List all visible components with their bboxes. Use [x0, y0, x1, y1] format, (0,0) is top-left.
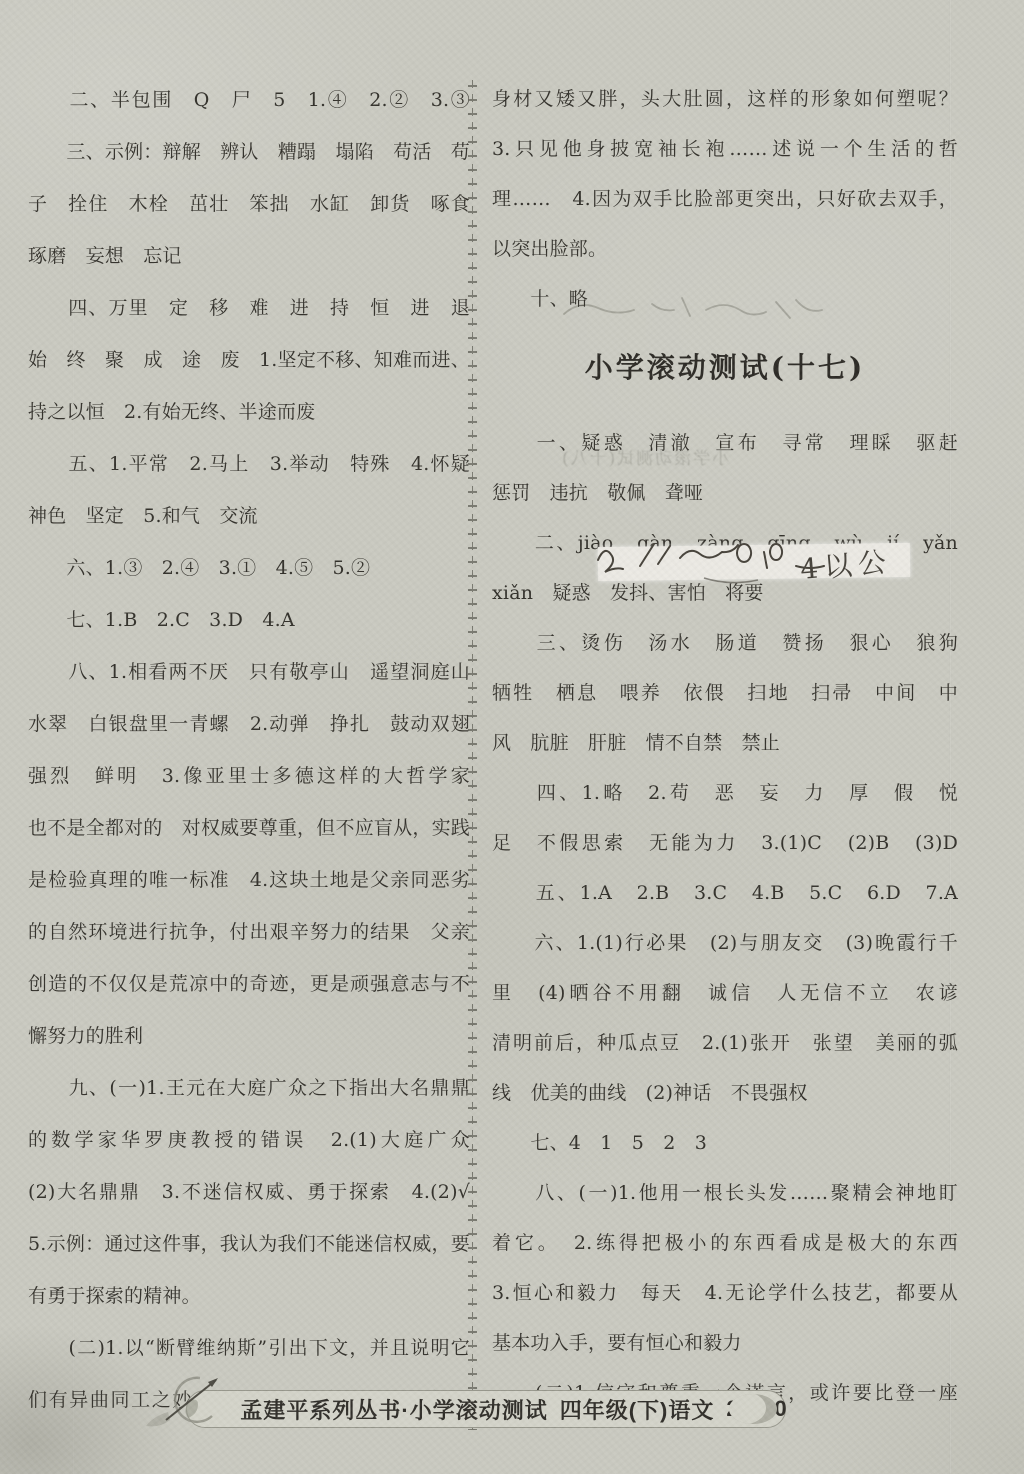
- footer-grade-label: 四年级(下)语文: [560, 1394, 715, 1425]
- text-line: 5.示例：通过这件事，我认为我们不能迷信权威，要: [28, 1218, 470, 1270]
- text-line: 二、半包围 Q 尸 5 1.④ 2.② 3.③: [28, 74, 470, 126]
- text-line: 八、1.相看两不厌 只有敬亭山 遥望洞庭山: [28, 646, 470, 698]
- text-line: 牺牲 栖息 喂养 依偎 扫地 扫帚 中间 中: [492, 668, 958, 718]
- footer-swoosh-inner: [729, 1394, 766, 1424]
- text-line: 神色 坚定 5.和气 交流: [28, 490, 470, 542]
- text-line: 懈努力的胜利: [28, 1010, 470, 1062]
- text-line: 有勇于探索的精神。: [28, 1270, 470, 1322]
- text-line: 七、4 1 5 2 3: [492, 1118, 958, 1168]
- text-line: 三、烫伤 汤水 肠道 赞扬 狠心 狼狗: [492, 618, 958, 668]
- text-line: 风 肮脏 肝脏 情不自禁 禁止: [492, 718, 958, 768]
- text-line: 身材又矮又胖，头大肚圆，这样的形象如何塑呢？: [492, 74, 958, 124]
- text-line: 十、略: [492, 274, 958, 324]
- text-line: 以突出脸部。: [492, 224, 958, 274]
- footer-swoosh: [729, 1394, 777, 1424]
- footer-series-title: 孟建平系列丛书·小学滚动测试: [240, 1394, 547, 1425]
- text-line: 六、1.③ 2.④ 3.① 4.⑤ 5.②: [28, 542, 470, 594]
- text-line: 六、1.(1)行必果 (2)与朋友交 (3)晚霞行千: [492, 918, 958, 968]
- text-line: 持之以恒 2.有始无终、半途而废: [28, 386, 470, 438]
- text-line: 九、(一)1.王元在大庭广众之下指出大名鼎鼎: [28, 1062, 470, 1114]
- text-line: 三、示例：辩解 辨认 糟蹋 塌陷 苟活 苟: [28, 126, 470, 178]
- text-line: 五、1.平常 2.马上 3.举动 特殊 4.怀疑: [28, 438, 470, 490]
- handwriting-text: 4以公: [798, 540, 893, 588]
- text-line: 的数学家华罗庚教授的错误 2.(1)大庭广众: [28, 1114, 470, 1166]
- text-line: 创造的不仅仅是荒凉中的奇迹，更是顽强意志与不: [28, 958, 470, 1010]
- leaf-logo-icon: [138, 1370, 238, 1430]
- text-line: 四、万里 定 移 难 进 持 恒 进 退: [28, 282, 470, 334]
- text-line: (二)1.以“断臂维纳斯”引出下文，并且说明它: [28, 1322, 470, 1374]
- text-line: 水翠 白银盘里一青螺 2.动弹 挣扎 鼓动双翅: [28, 698, 470, 750]
- text-line: 里 (4)晒谷不用翻 诚信 人无信不立 农谚: [492, 968, 958, 1018]
- text-line: 的自然环境进行抗争，付出艰辛努力的结果 父亲: [28, 906, 470, 958]
- text-line: 强烈 鲜明 3.像亚里士多德这样的大哲学家: [28, 750, 470, 802]
- right-column-top-lines: 身材又矮又胖，头大肚圆，这样的形象如何塑呢？3.只见他身披宽袖长袍……述说一个生…: [492, 74, 958, 324]
- text-line: 始 终 聚 成 途 废 1.坚定不移、知难而进、: [28, 334, 470, 386]
- text-line: 线 优美的曲线 (2)神话 不畏强权: [492, 1068, 958, 1118]
- text-line: (2)大名鼎鼎 3.不迷信权威、勇于探索 4.(2)√: [28, 1166, 470, 1218]
- text-line: 着它。 2.练得把极小的东西看成是极大的东西: [492, 1218, 958, 1268]
- text-line: 七、1.B 2.C 3.D 4.A: [28, 594, 470, 646]
- text-line: 理…… 4.因为双手比脸部更突出，只好砍去双手，: [492, 174, 958, 224]
- text-line: 八、(一)1.他用一根长头发……聚精会神地盯: [492, 1168, 958, 1218]
- text-line: 基本功入手，要有恒心和毅力: [492, 1318, 958, 1368]
- text-line: 清明前后，种瓜点豆 2.(1)张开 张望 美丽的弧: [492, 1018, 958, 1068]
- text-line: 五、1.A 2.B 3.C 4.B 5.C 6.D 7.A: [492, 868, 958, 918]
- right-column: 身材又矮又胖，头大肚圆，这样的形象如何塑呢？3.只见他身披宽袖长袍……述说一个生…: [492, 74, 958, 1418]
- footer-bar: 孟建平系列丛书·小学滚动测试 四年级(下)语文 22-10: [186, 1390, 786, 1428]
- text-line: 足 不假思索 无能为力 3.(1)C (2)B (3)D: [492, 818, 958, 868]
- text-line: 四、1.略 2.苟 恶 妄 力 厚 假 悦: [492, 768, 958, 818]
- section-title: 小学滚动测试(十七): [492, 342, 958, 394]
- text-line: 琢磨 妄想 忘记: [28, 230, 470, 282]
- text-line: 3.只见他身披宽袖长袍……述说一个生活的哲: [492, 124, 958, 174]
- text-line: 子 拴住 木栓 茁壮 笨拙 水缸 卸货 啄食: [28, 178, 470, 230]
- divider-dashed-line: [472, 80, 473, 1430]
- text-line: 惩罚 违抗 敬佩 聋哑: [492, 468, 958, 518]
- text-line: 3.恒心和毅力 每天 4.无论学什么技艺，都要从: [492, 1268, 958, 1318]
- scanned-answer-page: 小学滚动测试(十八) 二、半包围 Q 尸 5 1.④ 2.② 3.③ 三、示例：…: [0, 0, 1024, 1474]
- column-divider: [467, 80, 478, 1430]
- text-line: 一、疑惑 清澈 宣布 寻常 理睬 驱赶: [492, 418, 958, 468]
- text-line: 是检验真理的唯一标准 4.这块土地是父亲同恶劣: [28, 854, 470, 906]
- text-line: 也不是全都对的 对权威要尊重，但不应盲从，实践: [28, 802, 470, 854]
- left-column: 二、半包围 Q 尸 5 1.④ 2.② 3.③ 三、示例：辩解 辨认 糟蹋 塌陷…: [28, 74, 470, 1426]
